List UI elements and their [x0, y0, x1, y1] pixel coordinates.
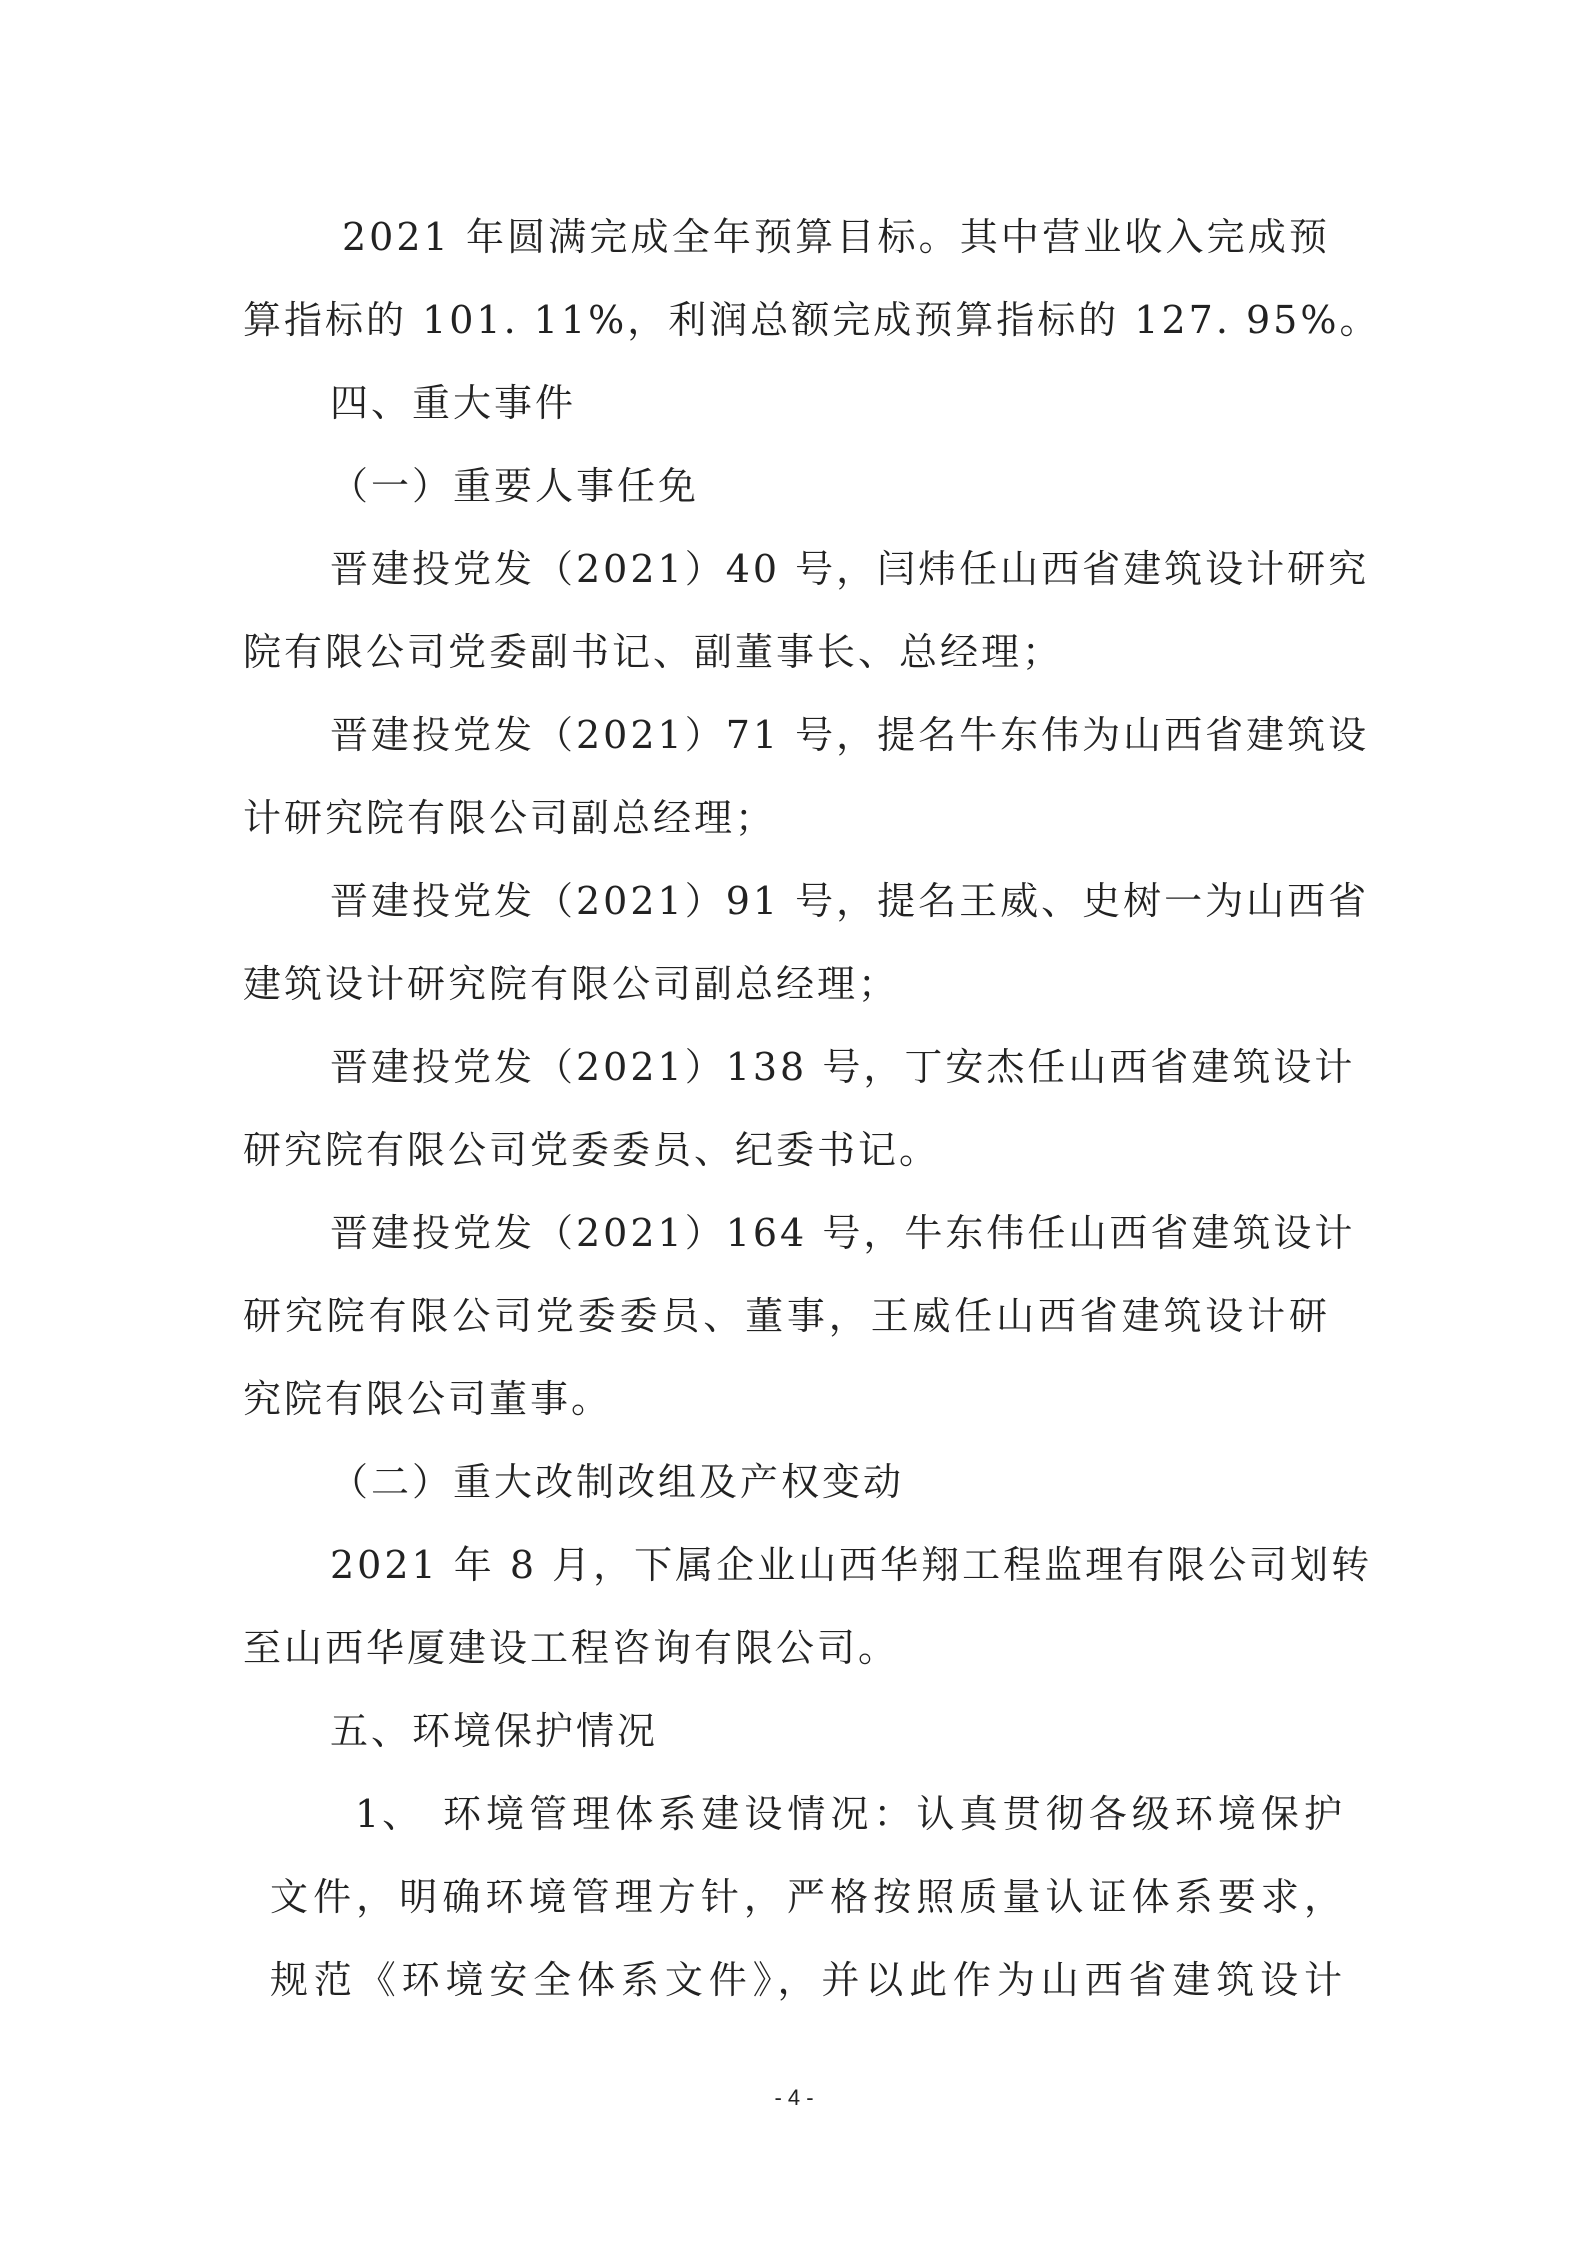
paragraph-line: 晋建投党发（2021）164 号，牛东伟任山西省建筑设计: [330, 1203, 1325, 1263]
document-page: 2021 年圆满完成全年预算目标。其中营业收入完成预 算指标的 101. 11%…: [0, 0, 1587, 2245]
paragraph-line: 晋建投党发（2021）138 号，丁安杰任山西省建筑设计: [330, 1037, 1325, 1097]
paragraph-line: 2021 年 8 月，下属企业山西华翔工程监理有限公司划转: [330, 1535, 1330, 1595]
paragraph-line: 晋建投党发（2021）91 号，提名王威、史树一为山西省: [330, 871, 1330, 931]
paragraph-line: 研究院有限公司党委委员、董事，王威任山西省建筑设计研: [243, 1286, 1330, 1346]
subsection-heading: （一）重要人事任免: [330, 456, 699, 516]
paragraph-line: 环境管理体系建设情况：认真贯彻各级环境保护: [443, 1784, 1345, 1844]
paragraph-line: 至山西华厦建设工程咨询有限公司。: [243, 1618, 899, 1678]
paragraph-line: 研究院有限公司党委委员、纪委书记。: [243, 1120, 940, 1180]
paragraph-line: 规范《环境安全体系文件》，并以此作为山西省建筑设计: [270, 1950, 1345, 2010]
subsection-heading: （二）重大改制改组及产权变动: [330, 1452, 904, 1512]
paragraph-line: 晋建投党发（2021）71 号，提名牛东伟为山西省建筑设: [330, 705, 1330, 765]
section-heading: 四、重大事件: [330, 373, 576, 433]
page-number: - 4 -: [744, 2080, 844, 2116]
paragraph-line: 2021 年圆满完成全年预算目标。其中营业收入完成预: [342, 207, 1330, 267]
paragraph-line: 究院有限公司董事。: [243, 1369, 612, 1429]
paragraph-line: 晋建投党发（2021）40 号，闫炜任山西省建筑设计研究: [330, 539, 1330, 599]
paragraph-line: 文件，明确环境管理方针，严格按照质量认证体系要求，: [270, 1867, 1345, 1927]
list-item-number: 1、: [355, 1784, 423, 1844]
paragraph-line: 计研究院有限公司副总经理；: [243, 788, 776, 848]
section-heading: 五、环境保护情况: [330, 1701, 658, 1761]
paragraph-line: 院有限公司党委副书记、副董事长、总经理；: [243, 622, 1063, 682]
paragraph-line: 算指标的 101. 11%，利润总额完成预算指标的 127. 95%。: [243, 290, 1380, 350]
paragraph-line: 建筑设计研究院有限公司副总经理；: [243, 954, 899, 1014]
